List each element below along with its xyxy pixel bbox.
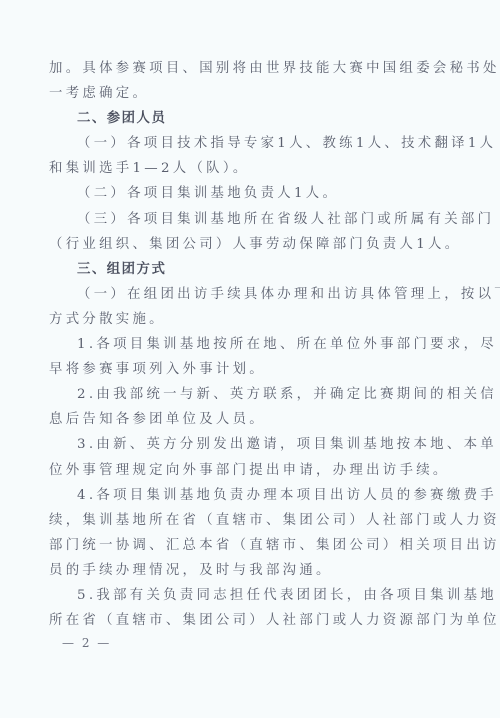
text-line: 5.我部有关负责同志担任代表团团长，由各项目集训基地 xyxy=(49,583,441,608)
text-line: （行业组织、集团公司）人事劳动保障部门负责人1人。 xyxy=(49,232,441,257)
text-line: 方式分散实施。 xyxy=(49,307,441,332)
text-line: 1.各项目集训基地按所在地、所在单位外事部门要求，尽 xyxy=(49,332,441,357)
text-line: （二）各项目集训基地负责人1人。 xyxy=(49,181,441,206)
text-line: 3.由新、英方分别发出邀请，项目集训基地按本地、本单 xyxy=(49,432,441,457)
page-number: — 2 — xyxy=(62,636,111,650)
text-line: 部门统一协调、汇总本省（直辖市、集团公司）相关项目出访人 xyxy=(49,533,441,558)
document-page: 加。具体参赛项目、国别将由世界技能大赛中国组委会秘书处统 一考虑确定。 二、参团… xyxy=(0,0,500,718)
text-line: 员的手续办理情况，及时与我部沟通。 xyxy=(49,558,441,583)
text-line: 2.由我部统一与新、英方联系，并确定比赛期间的相关信 xyxy=(49,382,441,407)
text-line: （三）各项目集训基地所在省级人社部门或所属有关部门 xyxy=(49,207,441,232)
text-line: （一）在组团出访手续具体办理和出访具体管理上，按以下 xyxy=(49,282,441,307)
text-line: 位外事管理规定向外事部门提出申请，办理出访手续。 xyxy=(49,458,441,483)
text-line: 息后告知各参团单位及人员。 xyxy=(49,407,441,432)
text-line: 续，集训基地所在省（直辖市、集团公司）人社部门或人力资源 xyxy=(49,508,441,533)
text-line: 4.各项目集训基地负责办理本项目出访人员的参赛缴费手 xyxy=(49,483,441,508)
text-line: （一）各项目技术指导专家1人、教练1人、技术翻译1人 xyxy=(49,131,441,156)
text-line: 所在省（直辖市、集团公司）人社部门或人力资源部门为单位组 xyxy=(49,608,441,633)
text-line: 早将参赛事项列入外事计划。 xyxy=(49,357,441,382)
text-line: 一考虑确定。 xyxy=(49,81,441,106)
section-heading-personnel: 二、参团人员 xyxy=(49,106,441,131)
section-heading-organization: 三、组团方式 xyxy=(49,257,441,282)
text-line: 和集训选手1—2人（队）。 xyxy=(49,156,441,181)
document-body: 加。具体参赛项目、国别将由世界技能大赛中国组委会秘书处统 一考虑确定。 二、参团… xyxy=(49,56,441,633)
text-line: 加。具体参赛项目、国别将由世界技能大赛中国组委会秘书处统 xyxy=(49,56,441,81)
